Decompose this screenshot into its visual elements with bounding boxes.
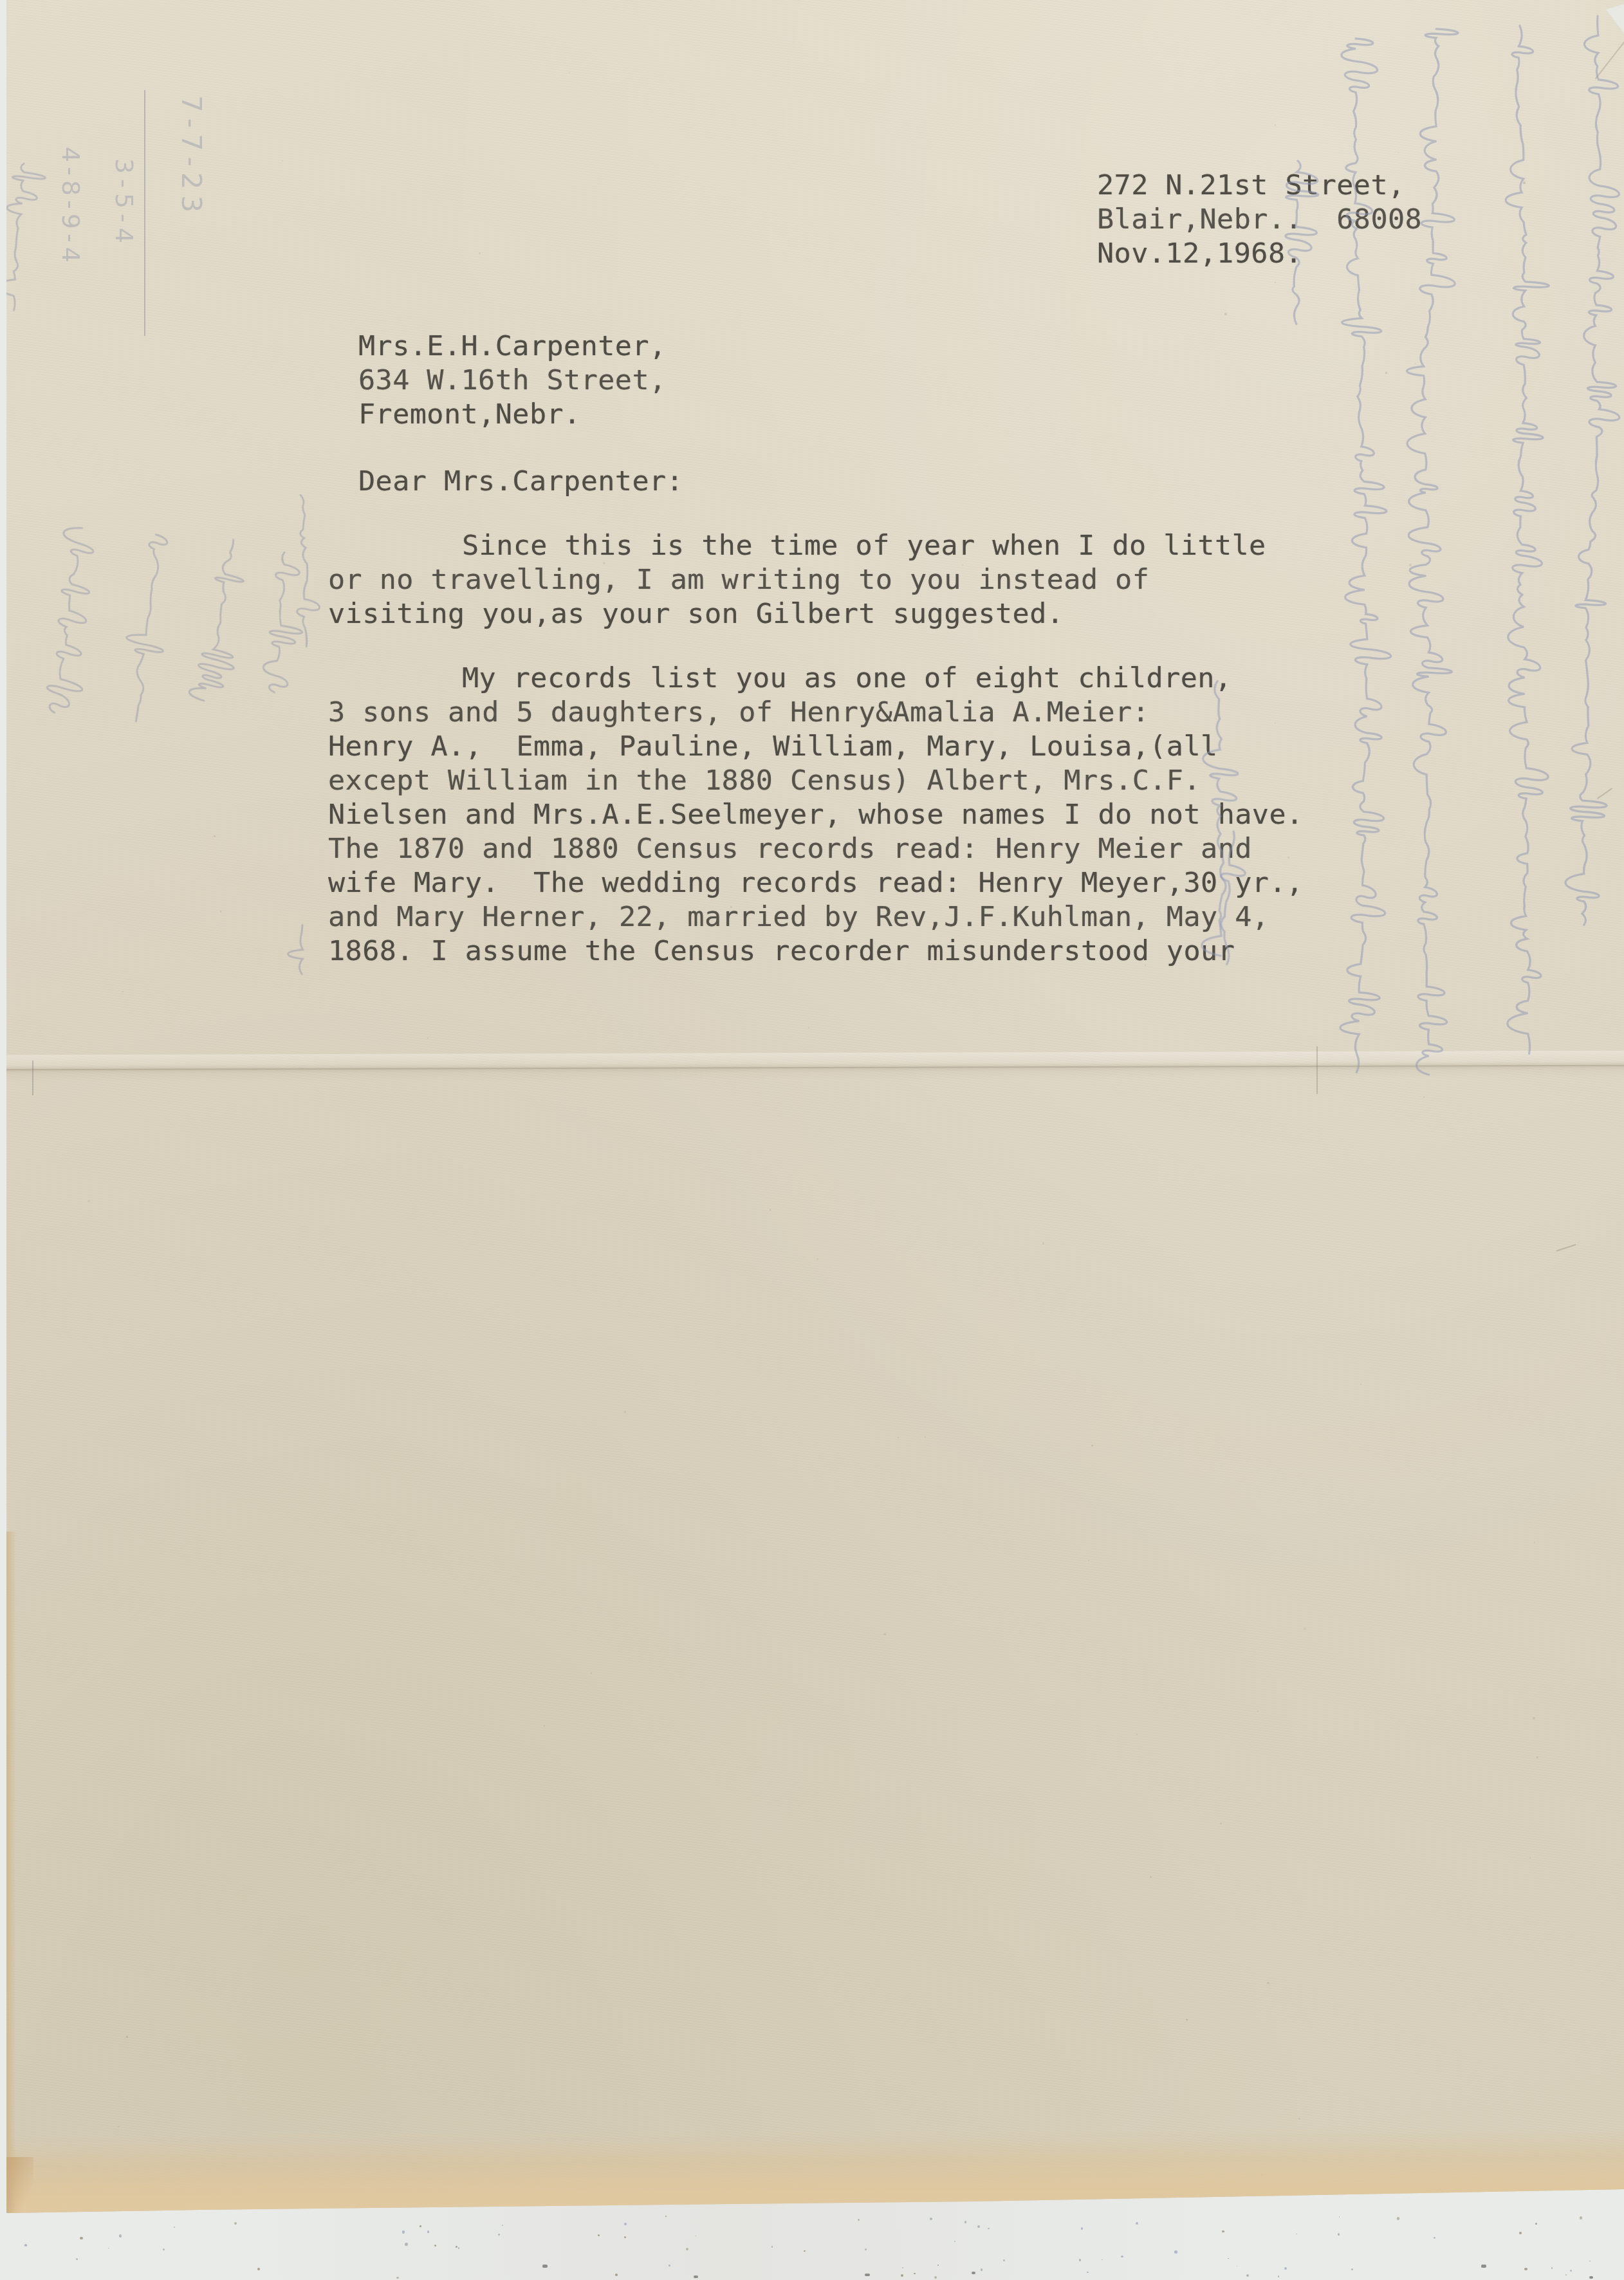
salutation: Dear Mrs.Carpenter: bbox=[358, 465, 683, 499]
paper-speck bbox=[898, 1437, 899, 1438]
pencil-line bbox=[144, 90, 145, 336]
ink-cursive-bleedthrough bbox=[1490, 26, 1547, 1049]
scanner-speck bbox=[108, 2248, 109, 2249]
scanner-speck bbox=[934, 2276, 937, 2279]
scanner-speck bbox=[1589, 2261, 1591, 2262]
paper-speck bbox=[1287, 857, 1289, 858]
scanner-speck bbox=[937, 2265, 939, 2266]
paper-speck bbox=[1224, 313, 1227, 315]
salutation-line: Dear Mrs.Carpenter: bbox=[358, 465, 683, 499]
scanner-speck bbox=[163, 2248, 165, 2250]
scanner-speck bbox=[502, 2225, 503, 2226]
scanner-speck bbox=[1551, 2267, 1553, 2268]
scanner-speck bbox=[1087, 2272, 1088, 2273]
scanner-speck bbox=[669, 2265, 670, 2266]
typed-line: The 1870 and 1880 Census records read: H… bbox=[328, 832, 1304, 866]
typed-line: and Mary Herner, 22, married by Rev,J.F.… bbox=[328, 900, 1304, 934]
scanner-speck bbox=[1570, 2270, 1572, 2272]
paper-speck bbox=[1298, 2118, 1300, 2120]
typed-line: 3 sons and 5 daughters, of Henry&Amalia … bbox=[328, 696, 1304, 730]
scanner-speck bbox=[402, 2230, 405, 2233]
scanner-speck bbox=[1338, 2233, 1340, 2236]
typed-line: wife Mary. The wedding records read: Hen… bbox=[328, 866, 1304, 900]
paper-speck bbox=[603, 562, 605, 564]
typed-line: Since this is the time of year when I do… bbox=[328, 529, 1266, 563]
paper-speck bbox=[282, 160, 283, 162]
scanner-speck bbox=[1278, 2275, 1280, 2277]
scanner-speck bbox=[456, 2246, 457, 2248]
scanner-speck bbox=[174, 2227, 175, 2228]
scanner-debris-mark bbox=[1481, 2265, 1486, 2268]
scanner-debris-mark bbox=[542, 2265, 548, 2268]
scanner-speck bbox=[981, 2268, 983, 2271]
typed-line: My records list you as one of eight chil… bbox=[328, 662, 1304, 696]
paper-speck bbox=[1267, 1982, 1269, 1984]
typed-line: visiting you,as your son Gilbert suggest… bbox=[328, 597, 1266, 631]
paper-speck bbox=[1275, 124, 1277, 126]
paper-speck bbox=[1536, 1756, 1538, 1759]
paper-speck bbox=[569, 72, 570, 73]
paper-speck bbox=[299, 1247, 300, 1248]
paper-speck bbox=[1360, 1384, 1361, 1385]
scanner-debris-mark bbox=[1589, 2276, 1593, 2279]
scanner-speck bbox=[1174, 2250, 1177, 2253]
paper-speck bbox=[1088, 1560, 1089, 1561]
paper-speck bbox=[817, 1258, 818, 1260]
paper-speck bbox=[925, 1436, 926, 1438]
scanner-speck bbox=[1535, 2223, 1537, 2225]
paper-speck bbox=[1220, 1822, 1222, 1824]
paper-speck bbox=[1042, 1242, 1044, 1244]
scanner-speck bbox=[954, 2241, 955, 2242]
paper-speck bbox=[1415, 363, 1416, 364]
paper-speck bbox=[770, 1209, 771, 1210]
ink-cursive-bleedthrough bbox=[1194, 830, 1261, 962]
scanner-speck bbox=[420, 2225, 421, 2227]
paper-speck bbox=[1409, 564, 1412, 566]
scanner-speck bbox=[119, 2234, 122, 2237]
typed-line: Nielsen and Mrs.A.E.Seelmeyer, whose nam… bbox=[328, 798, 1304, 832]
scanner-speck bbox=[902, 2267, 903, 2268]
paper-speck bbox=[1186, 2019, 1188, 2021]
scanner-speck bbox=[80, 2237, 82, 2239]
scanner-speck bbox=[696, 2236, 697, 2237]
recipient-address-block: Mrs.E.H.Carpenter,634 W.16th Street,Frem… bbox=[358, 329, 667, 432]
scanner-speck bbox=[977, 2225, 980, 2228]
paper-speck bbox=[1534, 1542, 1535, 1543]
scanner-debris-mark bbox=[972, 2272, 975, 2274]
scanner-speck bbox=[1519, 2232, 1522, 2234]
scanner-speck bbox=[771, 2246, 773, 2247]
scanner-speck bbox=[1339, 2216, 1340, 2218]
paper-speck bbox=[1533, 1717, 1535, 1719]
scanner-speck bbox=[1524, 2268, 1527, 2270]
pencil-scribble bbox=[105, 531, 183, 710]
paper-speck bbox=[214, 835, 216, 837]
scanner-speck bbox=[1351, 2268, 1353, 2270]
paper-speck bbox=[118, 2126, 120, 2127]
scanner-speck bbox=[1079, 2259, 1081, 2261]
scanner-speck bbox=[1296, 2234, 1297, 2235]
scanner-debris-mark bbox=[865, 2274, 870, 2276]
scanner-speck bbox=[405, 2243, 407, 2245]
pencil-scribble bbox=[272, 924, 330, 964]
pencil-scribble bbox=[268, 494, 328, 634]
edge-crimp bbox=[1556, 1244, 1576, 1252]
typed-line: Fremont,Nebr. bbox=[358, 398, 667, 432]
paper-speck bbox=[427, 1037, 429, 1039]
scanner-speck bbox=[1222, 2230, 1224, 2233]
scanner-speck bbox=[1434, 2237, 1435, 2239]
scan-canvas: 272 N.21st Street,Blair,Nebr.. 68008Nov.… bbox=[0, 0, 1624, 2280]
scanner-speck bbox=[1565, 2274, 1567, 2275]
scanner-speck bbox=[865, 2248, 867, 2250]
paper-speck bbox=[883, 1633, 886, 1636]
paper-speck bbox=[122, 991, 123, 992]
typed-line: 1868. I assume the Census recorder misun… bbox=[328, 934, 1304, 969]
typed-line: or no travelling, I am writing to you in… bbox=[328, 563, 1266, 597]
paper-speck bbox=[220, 911, 221, 912]
paper-speck bbox=[126, 2035, 128, 2037]
paper-speck bbox=[1275, 282, 1276, 283]
letter-paragraph-2: My records list you as one of eight chil… bbox=[328, 662, 1304, 969]
pencil-digit-annotation: 3-5-4 bbox=[110, 158, 138, 248]
paper-speck bbox=[1257, 1710, 1259, 1712]
scanner-speck bbox=[1284, 2267, 1287, 2270]
paper-speck bbox=[1423, 1097, 1425, 1098]
pencil-scribble bbox=[0, 161, 51, 301]
scanner-speck bbox=[930, 2218, 932, 2220]
pencil-digit-annotation: 7-7-23 bbox=[176, 95, 207, 218]
scanner-speck bbox=[624, 2236, 626, 2238]
scanner-speck bbox=[914, 2273, 916, 2275]
torn-left-edge bbox=[6, 1532, 16, 2220]
paper-speck bbox=[624, 1411, 627, 1413]
ink-cursive-bleedthrough bbox=[1268, 161, 1325, 322]
scanner-speck bbox=[858, 2219, 860, 2221]
scanner-speck bbox=[458, 2247, 460, 2249]
paper-speck bbox=[1304, 1627, 1306, 1630]
paper-speck bbox=[1136, 1734, 1138, 1735]
scanner-speck bbox=[76, 2258, 78, 2260]
scanner-speck bbox=[804, 2250, 806, 2252]
scanner-speck bbox=[1397, 2217, 1399, 2220]
aged-tan-band bbox=[2, 2129, 1624, 2268]
paper-speck bbox=[1523, 181, 1526, 184]
pencil-line bbox=[32, 1061, 33, 1095]
scanner-speck bbox=[257, 2268, 260, 2270]
scanner-speck bbox=[1580, 2216, 1582, 2219]
paper-speck bbox=[1385, 372, 1387, 374]
scanner-speck bbox=[901, 2274, 903, 2277]
scanner-debris-mark bbox=[694, 2275, 698, 2278]
typed-line: except William in the 1880 Census) Alber… bbox=[328, 764, 1304, 798]
scanner-speck bbox=[988, 2228, 989, 2229]
scanner-speck bbox=[665, 2216, 667, 2217]
scanner-speck bbox=[396, 2277, 399, 2279]
paper-speck bbox=[1145, 965, 1146, 966]
scanner-speck bbox=[1136, 2222, 1138, 2225]
paper-speck bbox=[88, 1200, 89, 1202]
paper-speck bbox=[479, 252, 481, 254]
scanner-speck bbox=[1246, 2274, 1249, 2277]
paper-speck bbox=[1091, 1445, 1093, 1447]
scanner-speck bbox=[1003, 2259, 1005, 2261]
ink-cursive-bleedthrough bbox=[1325, 39, 1383, 1068]
letter-paragraph-1: Since this is the time of year when I do… bbox=[328, 529, 1266, 631]
letter-page: 272 N.21st Street,Blair,Nebr.. 68008Nov.… bbox=[6, 0, 1624, 2219]
scanner-speck bbox=[598, 2234, 600, 2236]
paper-speck bbox=[808, 1027, 809, 1028]
ink-cursive-bleedthrough bbox=[1406, 29, 1464, 1071]
scanner-speck bbox=[1228, 2258, 1229, 2259]
ink-cursive-bleedthrough bbox=[1567, 16, 1624, 917]
pencil-digit-annotation: 4-8-9-4 bbox=[57, 147, 85, 267]
scanner-speck bbox=[615, 2274, 618, 2276]
scanner-speck bbox=[1102, 2259, 1103, 2261]
scanner-speck bbox=[624, 2223, 627, 2225]
pencil-scribble bbox=[22, 523, 109, 704]
torn-bottom-corner bbox=[6, 2157, 33, 2215]
paper-speck bbox=[1529, 1857, 1531, 1858]
scanner-speck bbox=[1121, 2256, 1123, 2258]
typed-line: Henry A., Emma, Pauline, William, Mary, … bbox=[328, 730, 1304, 764]
paper-speck bbox=[368, 743, 370, 745]
scanner-speck bbox=[234, 2222, 237, 2225]
scanner-speck bbox=[498, 2234, 500, 2236]
scanner-speck bbox=[964, 2221, 966, 2223]
scanner-speck bbox=[427, 2230, 430, 2233]
paper-speck bbox=[1398, 152, 1399, 153]
scanner-speck bbox=[24, 2244, 26, 2246]
typed-line: Mrs.E.H.Carpenter, bbox=[358, 329, 667, 364]
paper-speck bbox=[1150, 1876, 1152, 1878]
paper-speck bbox=[544, 1725, 545, 1727]
fold-crack bbox=[1316, 1046, 1318, 1094]
typed-line: 634 W.16th Street, bbox=[358, 364, 667, 398]
paper-speck bbox=[625, 2104, 627, 2105]
scanner-speck bbox=[434, 2245, 436, 2247]
scanner-speck bbox=[1237, 2266, 1238, 2267]
scanner-speck bbox=[1081, 2227, 1084, 2230]
scanner-speck bbox=[686, 2248, 688, 2250]
paper-speck bbox=[591, 1673, 592, 1674]
